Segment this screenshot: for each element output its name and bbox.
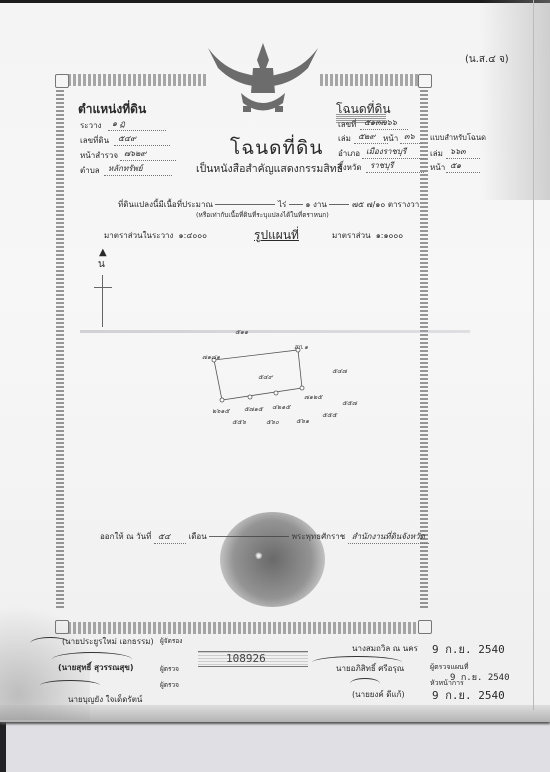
boundary-marker: ๒๖๑๕ [212, 406, 229, 416]
sqwa-label: ตารางวา [388, 200, 419, 209]
field-label-district: อำเภอ [338, 147, 360, 160]
field-label-volume: เล่ม [338, 132, 351, 145]
copy-value-page: ๕๑ [446, 159, 480, 173]
official-1-role: ผู้จัดรอง [160, 636, 182, 646]
official-1-name: (นายประยูรใหม่ เอกธรรม) [62, 635, 154, 648]
copy-value-volume: ๖๖๓ [446, 145, 480, 159]
date-stamp-1: 9 ก.ย. 2540 [432, 640, 505, 658]
sheet-scale-row: มาตราส่วนในระวาง ๑:๔๐๐๐ [104, 229, 207, 242]
ngan-label: งาน [313, 200, 327, 209]
main-title: โฉนดที่ดิน [230, 133, 323, 163]
issued-on-label: ออกให้ ณ วันที่ [100, 532, 151, 541]
ngan-value: ๑ [305, 200, 310, 209]
map-scale-value: ๑:๑๐๐๐ [376, 231, 404, 240]
neighbor-label: ๕๖๑ [296, 416, 309, 426]
field-label-province: จังหวัด [338, 161, 362, 174]
copy-header: แบบสำหรับโฉนด [430, 132, 486, 144]
boundary-marker: ๗๑๘๑ [202, 352, 220, 362]
copy-label-volume: เล่ม [430, 147, 443, 160]
chief-name: (นายยงค์ ดีแก้) [352, 688, 405, 701]
parcel-label: ๕๔๙ [258, 372, 273, 382]
rai-label: ไร่ [278, 200, 286, 209]
form-code: (น.ส.๔ จ) [465, 52, 509, 67]
decorative-border-bottom [68, 622, 418, 634]
field-value-parcel-number: ๕๔๙ [114, 132, 170, 146]
neighbor-label: ๕๖๐ [266, 417, 279, 427]
field-value-page: ๓๖ [400, 130, 422, 144]
seal-icon: ✺ [255, 552, 263, 562]
neighbor-label: ๕๕๖ [232, 417, 246, 427]
sheet-scale-label: มาตราส่วนในระวาง [104, 231, 173, 240]
date-stamp-3: 9 ก.ย. 2540 [432, 686, 505, 704]
border-corner-ornament [55, 74, 69, 88]
north-axis [102, 275, 103, 327]
month-label: เดือน [188, 532, 206, 541]
issuing-office: สำนักงานที่ดินจังหวัด [348, 530, 429, 544]
subtitle: เป็นหนังสือสำคัญแสดงกรรมสิทธิ์ [196, 160, 343, 177]
field-value-district: เมืองราชบุรี [362, 145, 426, 159]
scan-bottom-edge [0, 705, 550, 722]
scan-top-edge [0, 0, 550, 3]
neighbor-label: ๕๔๗ [332, 366, 347, 376]
page-border [533, 0, 534, 710]
field-label-survey-page: หน้าสำรวจ [80, 149, 118, 162]
official-3-role: ผู้ตรวจ [160, 680, 179, 690]
neighbor-label: ๕๑๑ [235, 327, 248, 337]
area-prefix: ที่ดินแปลงนี้มีเนื้อที่ประมาณ [118, 200, 213, 209]
decorative-border-top-right [320, 74, 420, 86]
sqwa-value: ๗๕ ๗/๑๐ [352, 200, 385, 209]
decorative-border-left [56, 90, 64, 610]
north-label: น [98, 257, 105, 272]
rai-blank [215, 204, 275, 205]
sqwa-blank [329, 204, 349, 205]
decorative-border-top-left [68, 74, 208, 86]
sheet-scale-value: ๑:๔๐๐๐ [179, 231, 207, 240]
border-corner-ornament [418, 620, 432, 634]
field-label-survey-sheet: ระวาง [80, 119, 101, 132]
field-label-page: หน้า [383, 132, 398, 145]
scan-shadow [480, 0, 550, 200]
field-value-survey-page: ๗๖๒๙ [120, 147, 176, 161]
neighbor-label: ๕๕๗ [342, 398, 357, 408]
boundary-marker: ๗๑๒๕ [304, 392, 322, 402]
map-scale-label: มาตราส่วน [332, 231, 371, 240]
official-seal: ✺ [220, 512, 325, 607]
registrar-name: นางสมถวิล ณ นคร [352, 642, 418, 655]
scan-edge-shadow [0, 722, 6, 772]
scan-bed-background [6, 722, 550, 772]
field-value-deed-number: ๕๑๓๗๖๖ [360, 116, 408, 130]
parcel-map: ๕๔๙ ๕๑๑ ๕๔๗ ๕๕๕ ๕๕๖ ๕๖๐ ๕๖๑ ๕๕๗ ๗๑๘๑ สก.… [190, 320, 390, 420]
document-number: 108926 [226, 652, 266, 665]
map-title: รูปแผนที่ [254, 226, 299, 245]
field-label-parcel-number: เลขที่ดิน [80, 134, 109, 147]
map-scale-row: มาตราส่วน ๑:๑๐๐๐ [332, 229, 403, 242]
field-value-subdistrict: หลักทรัพย์ [104, 162, 172, 176]
area-note: (หรือเท่ากับเนื้อที่ดินที่ระบุแปลงได้ในท… [196, 210, 329, 220]
signature-scribble [40, 680, 100, 691]
official-2-name: (นายสุทธิ์ สุวรรณสุข) [58, 661, 134, 674]
north-arrow: ▲ น [92, 247, 112, 327]
neighbor-label: ๕๕๕ [322, 410, 337, 420]
field-label-subdistrict: ตำบล [80, 164, 100, 177]
registrar-2-name: นายอภิสิทธิ์ ศรีอรุณ [336, 662, 404, 675]
border-corner-ornament [55, 620, 69, 634]
field-value-province: ราชบุรี [366, 159, 424, 173]
north-crossbar [94, 287, 112, 288]
ngan-blank [289, 204, 303, 205]
copy-label-page: หน้า [430, 161, 445, 174]
boundary-marker: ๔๒๑๕ [272, 402, 290, 412]
field-value-survey-sheet: ๑ ฏ [108, 117, 166, 131]
official-2-role: ผู้ตรวจ [160, 664, 179, 674]
garuda-emblem-icon [203, 38, 323, 118]
boundary-marker: สก.๑ [294, 342, 308, 352]
border-corner-ornament [418, 74, 432, 88]
boundary-marker: ๕๗๑๕ [244, 404, 263, 414]
title-deed-document: (น.ส.๔ จ) โฉนดที่ดิน เป็นหนังสือสำคัญแสด… [0, 0, 550, 722]
issued-day: ๕๔ [154, 530, 186, 544]
